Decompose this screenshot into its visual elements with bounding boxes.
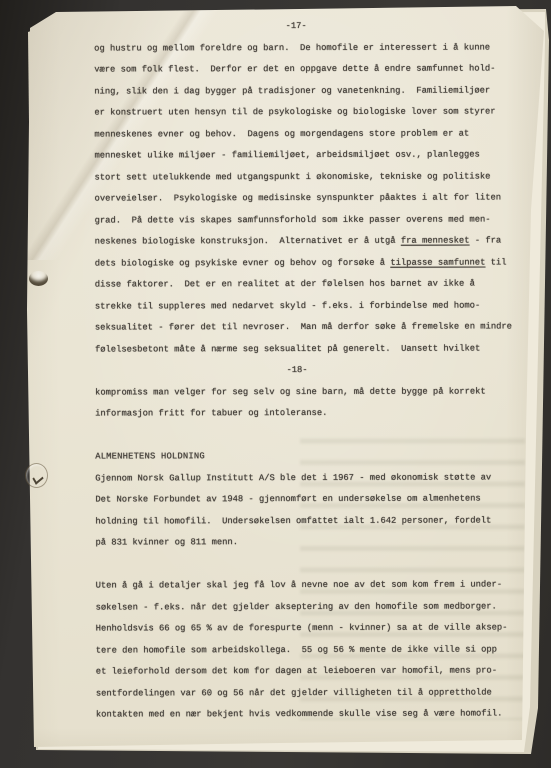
section-heading: ALMENHETENS HOLDNING	[95, 445, 499, 468]
underlined-phrase: fra mennesket	[401, 236, 470, 246]
paper-sheet: -17-og hustru og mellom foreldre og barn…	[0, 0, 551, 768]
text-line: informasjon fritt for tabuer og intolera…	[95, 402, 499, 425]
text-line: Uten å gå i detaljer skal jeg få lov å n…	[96, 574, 500, 597]
text-line: tere den homofile som arbeidskollega. 55…	[96, 639, 500, 662]
page-number-18: -18-	[95, 359, 499, 382]
text-line: overveielser. Psykologiske og medisinske…	[95, 187, 499, 210]
text-line: Gjennom Norsk Gallup Institutt A/S ble d…	[95, 467, 499, 490]
binder-hole-mark-bottom	[25, 463, 48, 488]
text-line: mennesket ulike miljøer - familiemiljøet…	[94, 144, 498, 167]
text-line: er konstruert uten hensyn til de psykolo…	[94, 101, 498, 124]
text-line: søkelsen - f.eks. når det gjelder aksept…	[96, 596, 500, 619]
text-line: stort sett utelukkende med utgangspunkt …	[94, 166, 498, 189]
text-line: strekke til suppleres med nedarvet skyld…	[95, 295, 499, 318]
text-line: og hustru og mellom foreldre og barn. De…	[94, 37, 498, 60]
text-line: kompromiss man velger for seg selv og si…	[95, 381, 499, 404]
blank-line	[95, 424, 499, 447]
text-line: holdning til homofili. Undersøkelsen omf…	[95, 510, 499, 533]
text-line: Det Norske Forbundet av 1948 - gjennomfø…	[95, 488, 499, 511]
text-line: neskenes biologiske konstruksjon. Altern…	[95, 230, 499, 253]
blank-line	[95, 553, 499, 576]
text-line: være som folk flest. Derfor er det en op…	[94, 58, 498, 81]
text-line: følelsesbetont måte å nærme seg seksuali…	[95, 338, 499, 361]
text-line: Henholdsvis 66 og 65 % av de forespurte …	[96, 617, 500, 640]
text-line: seksualitet - fører det til nevroser. Ma…	[95, 316, 499, 339]
text-line: kontakten med en nær bekjent hvis vedkom…	[96, 703, 500, 726]
text-line: disse faktorer. Det er en realitet at de…	[95, 273, 499, 296]
text-line: dets biologiske og psykiske evner og beh…	[95, 252, 499, 275]
text-line: grad. På dette vis skapes samfunnsforhol…	[95, 209, 499, 232]
scanned-document-photo: -17-og hustru og mellom foreldre og barn…	[0, 0, 551, 768]
text-line: et leieforhold dersom det kom for dagen …	[96, 660, 500, 683]
text-line: sentfordelingen var 60 og 56 når det gje…	[96, 682, 500, 705]
typewritten-text: -17-og hustru og mellom foreldre og barn…	[94, 15, 500, 726]
page-number-17: -17-	[94, 15, 498, 38]
binder-hole-mark-top	[29, 271, 48, 286]
underlined-phrase: tilpasse samfunnet	[390, 257, 485, 267]
text-line: menneskenes evner og behov. Dagens og mo…	[94, 123, 498, 146]
text-line: ning, slik den i dag bygger på tradisjon…	[94, 80, 498, 103]
text-line: på 831 kvinner og 811 menn.	[95, 531, 499, 554]
